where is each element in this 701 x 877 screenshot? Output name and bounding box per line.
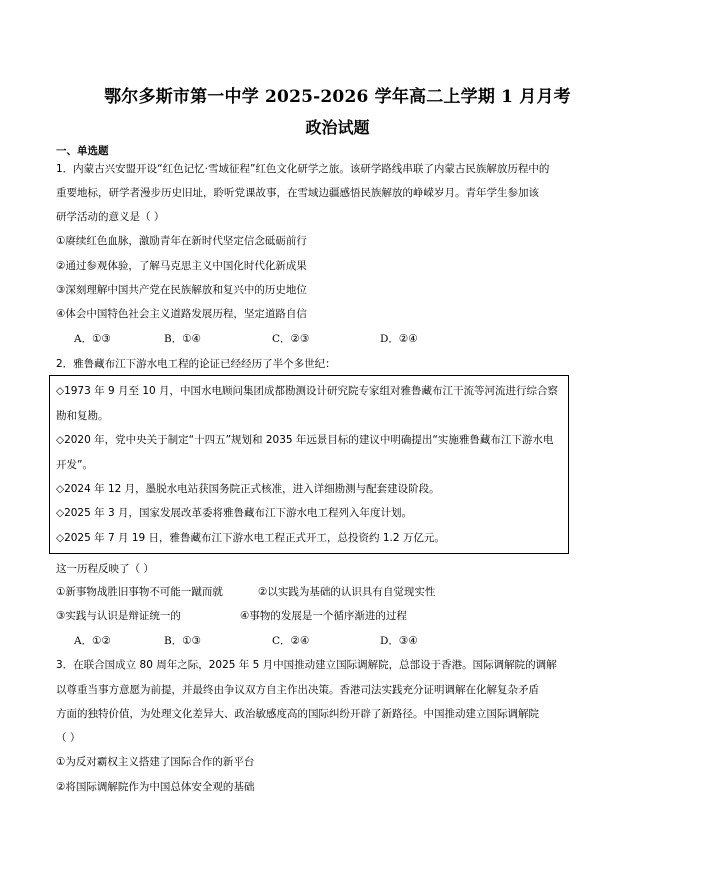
question-stem-line: 重要地标，研学者漫步历史旧址，聆听党课故事，在雪域边疆感悟民族解放的峥嵘岁月。青… — [56, 186, 539, 200]
option-d[interactable]: D．②④ — [380, 332, 418, 346]
material-line: ◇2025 年 7 月 19 日，雅鲁藏布江下游水电工程正式开工，总投资约 1.… — [56, 531, 445, 545]
option-c[interactable]: C．②④ — [272, 634, 309, 648]
question-followup: 这一历程反映了（ ） — [56, 562, 154, 576]
statement-2: ②将国际调解院作为中国总体安全观的基础 — [56, 780, 254, 794]
document-subtitle: 政治试题 — [0, 115, 701, 138]
option-b[interactable]: B．①④ — [164, 332, 201, 346]
question-stem-line: 3．在联合国成立 80 周年之际，2025 年 5 月中国推动建立国际调解院，总… — [56, 658, 557, 672]
option-b[interactable]: B．①③ — [164, 634, 201, 648]
statement-1: ①赓续红色血脉，激励青年在新时代坚定信念砥砺前行 — [56, 234, 307, 248]
document-page: 鄂尔多斯市第一中学 2025-2026 学年高二上学期 1 月月考 政治试题 一… — [0, 0, 701, 877]
statement-2: ②通过参观体验，了解马克思主义中国化时代化新成果 — [56, 259, 307, 273]
material-line: ◇2020 年，党中央关于制定“十四五”规划和 2035 年远景目标的建议中明确… — [56, 433, 553, 447]
statement-3: ③深刻理解中国共产党在民族解放和复兴中的历史地位 — [56, 283, 307, 297]
statement-4: ④体会中国特色社会主义道路发展历程，坚定道路自信 — [56, 307, 307, 321]
document-title: 鄂尔多斯市第一中学 2025-2026 学年高二上学期 1 月月考 — [0, 82, 701, 107]
statement-1: ①为反对霸权主义搭建了国际合作的新平台 — [56, 755, 254, 769]
question-stem-line: 2．雅鲁藏布江下游水电工程的论证已经经历了半个多世纪： — [56, 357, 336, 371]
material-line: ◇2024 年 12 月，墨脱水电站获国务院正式核准，进入详细勘测与配套建设阶段… — [56, 482, 440, 496]
question-stem-line: （ ） — [56, 731, 80, 745]
statement-3: ③实践与认识是辩证统一的 — [56, 609, 181, 623]
material-line: ◇1973 年 9 月至 10 月，中国水电顾问集团成都勘测设计研究院专家组对雅… — [56, 384, 558, 398]
option-c[interactable]: C．②③ — [272, 332, 309, 346]
statement-4: ④事物的发展是一个循序渐进的过程 — [240, 609, 407, 623]
option-a[interactable]: A．①② — [74, 634, 111, 648]
section-heading: 一、单选题 — [56, 144, 109, 158]
material-line: 勘和复勘。 — [56, 409, 109, 423]
question-stem-line: 方面的独特价值，为处理文化差异大、政治敏感度高的国际纠纷开辟了新路径。中国推动建… — [56, 707, 539, 721]
statement-2: ②以实践为基础的认识具有自觉现实性 — [258, 585, 435, 599]
statement-1: ①新事物战胜旧事物不可能一蹴而就 — [56, 585, 223, 599]
material-line: 开发”。 — [56, 458, 93, 472]
option-a[interactable]: A．①③ — [74, 332, 111, 346]
question-stem-line: 研学活动的意义是（ ） — [56, 210, 164, 224]
material-line: ◇2025 年 3 月，国家发展改革委将雅鲁藏布江下游水电工程列入年度计划。 — [56, 506, 412, 520]
question-stem-line: 1．内蒙古兴安盟开设“红色记忆·雪域征程”红色文化研学之旅。该研学路线串联了内蒙… — [56, 162, 549, 176]
question-stem-line: 以尊重当事方意愿为前提，并最终由争议双方自主作出决策。香港司法实践充分证明调解在… — [56, 683, 539, 697]
option-d[interactable]: D．③④ — [380, 634, 418, 648]
material-box: ◇1973 年 9 月至 10 月，中国水电顾问集团成都勘测设计研究院专家组对雅… — [49, 375, 569, 554]
